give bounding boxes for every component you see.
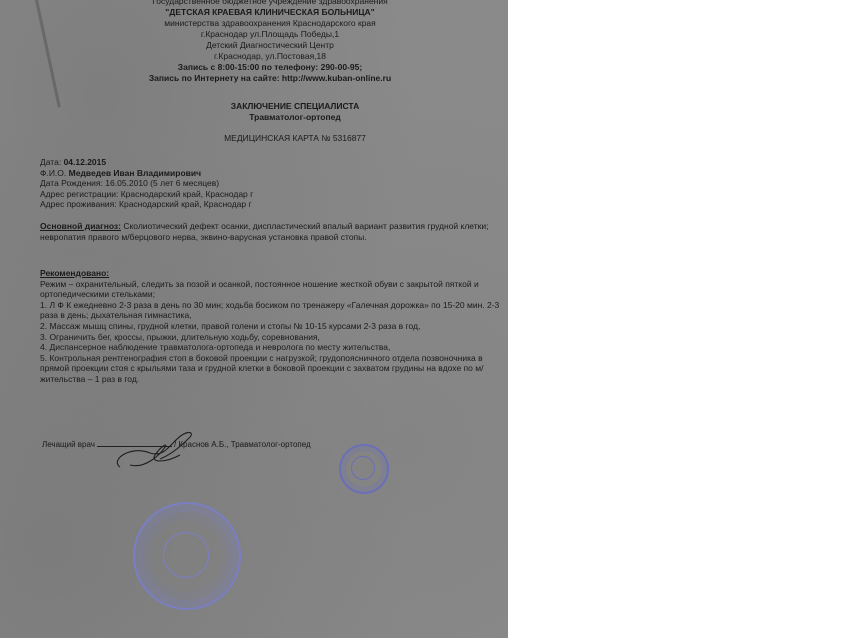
institution-header: Государственное бюджетное учреждение здр… bbox=[120, 0, 420, 84]
header-website: Запись по Интернету на сайте: http://www… bbox=[120, 73, 420, 84]
name-label: Ф.И.О. bbox=[40, 168, 66, 178]
header-line: министерства здравоохранения Краснодарск… bbox=[120, 18, 420, 29]
paper-fold bbox=[35, 0, 61, 108]
header-address: г.Краснодар, ул.Постовая,18 bbox=[120, 51, 420, 62]
round-seal-icon bbox=[133, 502, 241, 610]
registration-value: Краснодарский край, Краснодар г bbox=[121, 189, 254, 199]
handwritten-signature-icon bbox=[110, 425, 200, 475]
recommendation-item: 2. Массаж мышц спины, грудной клетки, пр… bbox=[40, 321, 505, 332]
patient-name: Медведев Иван Владимирович bbox=[69, 168, 201, 178]
hospital-name: "ДЕТСКАЯ КРАЕВАЯ КЛИНИЧЕСКАЯ БОЛЬНИЦА" bbox=[120, 7, 420, 18]
recommendation-item: 1. Л Ф К ежедневно 2-3 раза в день по 30… bbox=[40, 300, 505, 321]
diagnosis-label: Основной диагноз: bbox=[40, 221, 121, 231]
birth-row: Дата Рождения: 16.05.2010 (5 лет 6 месяц… bbox=[40, 178, 480, 189]
birth-value: 16.05.2010 (5 лет 6 месяцев) bbox=[105, 178, 219, 188]
header-phone: Запись с 8:00-15:00 по телефону: 290-00-… bbox=[120, 62, 420, 73]
header-line: Государственное бюджетное учреждение здр… bbox=[120, 0, 420, 7]
date-row: Дата: 04.12.2015 bbox=[40, 157, 480, 168]
date-label: Дата: bbox=[40, 157, 61, 167]
scanned-document: Государственное бюджетное учреждение здр… bbox=[0, 0, 508, 638]
recommendation-item: 5. Контрольная рентгенография стоп в бок… bbox=[40, 353, 505, 385]
medical-card-number: МЕДИЦИНСКАЯ КАРТА № 5316877 bbox=[170, 133, 420, 144]
header-line: Детский Диагностический Центр bbox=[120, 40, 420, 51]
attending-doctor-label: Лечащий врач bbox=[42, 440, 95, 449]
residence-value: Краснодарский край, Краснодар г bbox=[119, 199, 252, 209]
date-value: 04.12.2015 bbox=[64, 157, 107, 167]
header-address: г.Краснодар ул.Площадь Победы,1 bbox=[120, 29, 420, 40]
registration-row: Адрес регистрации: Краснодарский край, К… bbox=[40, 189, 480, 200]
recommendation-item: 4. Диспансерное наблюдение травматолога-… bbox=[40, 342, 505, 353]
small-stamp-icon bbox=[339, 444, 389, 494]
birth-label: Дата Рождения: bbox=[40, 178, 103, 188]
document-title: ЗАКЛЮЧЕНИЕ СПЕЦИАЛИСТА Травматолог-ортоп… bbox=[170, 101, 420, 144]
diagnosis-section: Основной диагноз: Сколиотический дефект … bbox=[40, 221, 505, 243]
signature-row: Лечащий врач/ Краснов А.Б., Травматолог-… bbox=[42, 440, 362, 450]
name-row: Ф.И.О. Медведев Иван Владимирович bbox=[40, 168, 480, 179]
recommendations-label: Рекомендовано: bbox=[40, 268, 505, 279]
registration-label: Адрес регистрации: bbox=[40, 189, 118, 199]
title-specialty: Травматолог-ортопед bbox=[170, 112, 420, 123]
recommendation-item: Режим – охранительный, следить за позой … bbox=[40, 279, 505, 300]
recommendation-item: 3. Ограничить бег, кроссы, прыжки, длите… bbox=[40, 332, 505, 343]
patient-info: Дата: 04.12.2015 Ф.И.О. Медведев Иван Вл… bbox=[40, 157, 480, 210]
residence-label: Адрес проживания: bbox=[40, 199, 117, 209]
residence-row: Адрес проживания: Краснодарский край, Кр… bbox=[40, 199, 480, 210]
recommendations-section: Рекомендовано: Режим – охранительный, сл… bbox=[40, 268, 505, 385]
title-heading: ЗАКЛЮЧЕНИЕ СПЕЦИАЛИСТА bbox=[170, 101, 420, 112]
